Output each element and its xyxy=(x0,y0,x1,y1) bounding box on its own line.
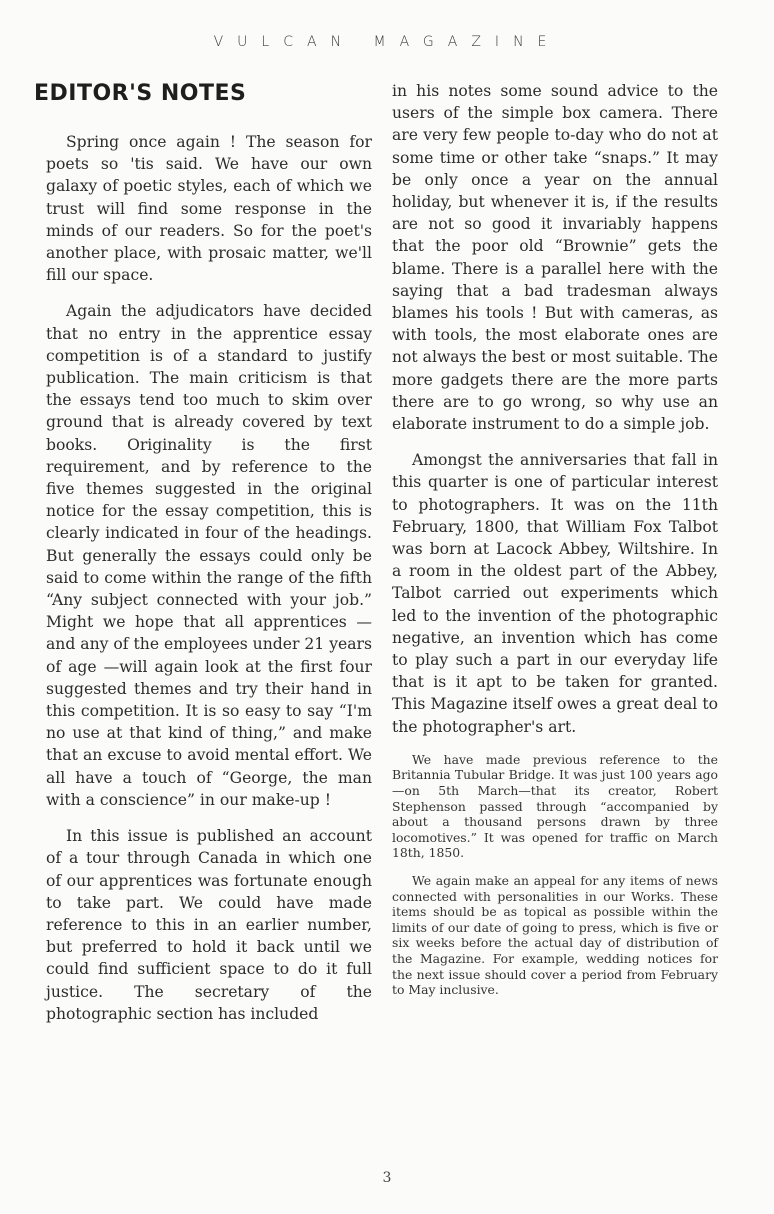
running-head: VULCAN MAGAZINE xyxy=(0,34,774,50)
paragraph-fox-talbot: Amongst the anniversaries that fall in t… xyxy=(392,449,718,738)
paragraph-box-camera: in his notes some sound advice to the us… xyxy=(392,80,718,435)
article-title: EDITOR'S NOTES xyxy=(34,83,372,131)
note-britannia-bridge: We have made previous reference to the B… xyxy=(392,752,718,861)
paragraph-spring: Spring once again ! The season for poets… xyxy=(46,131,372,286)
paragraph-canada-tour: In this issue is published an account of… xyxy=(46,825,372,1025)
paragraph-essay-competition: Again the adjudicators have decided that… xyxy=(46,300,372,811)
right-column: in his notes some sound advice to the us… xyxy=(392,80,718,1010)
page-number: 3 xyxy=(0,1170,774,1186)
note-news-appeal: We again make an appeal for any items of… xyxy=(392,873,718,998)
left-column: EDITOR'S NOTES Spring once again ! The s… xyxy=(46,80,372,1039)
